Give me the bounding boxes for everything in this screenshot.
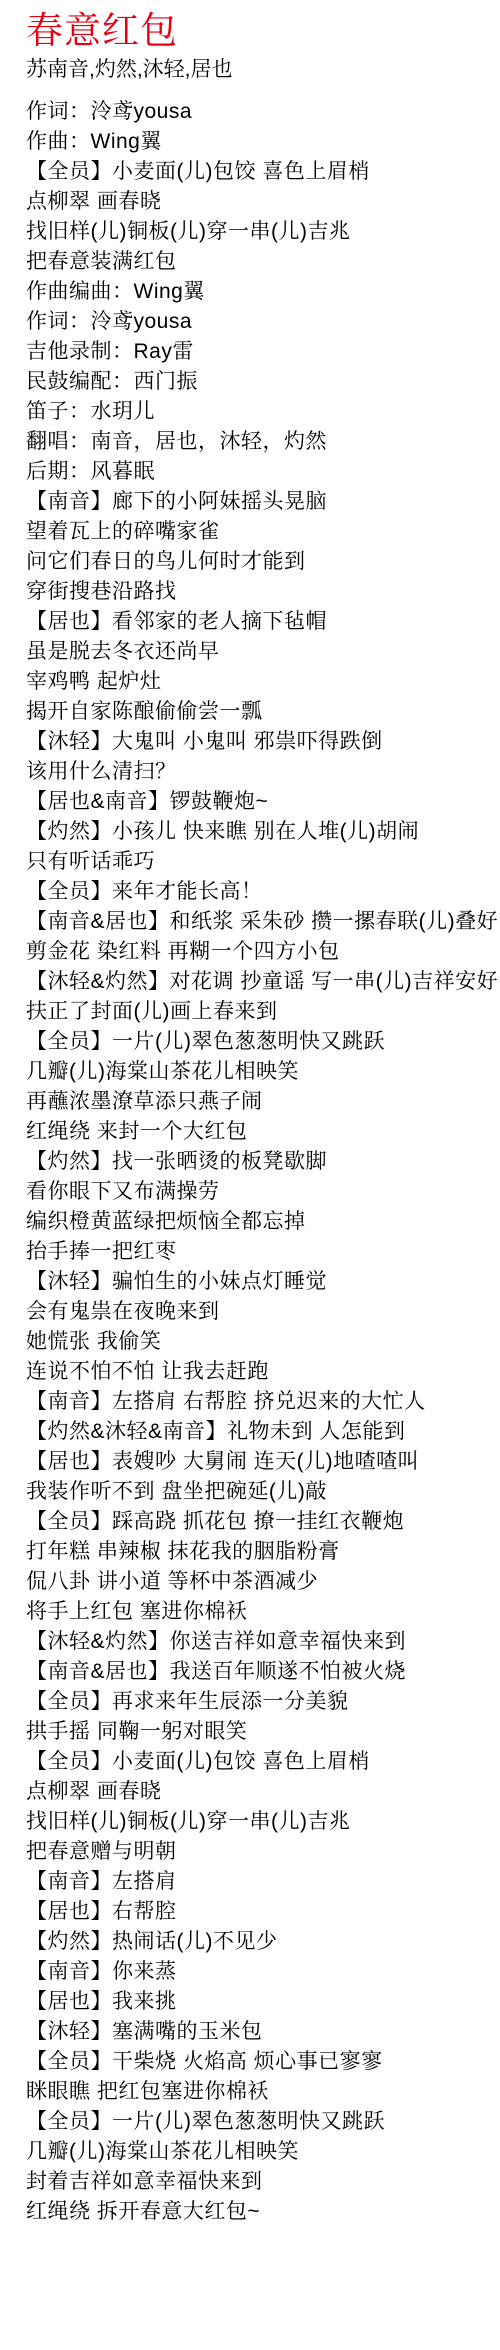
lyric-line: 【沐轻&灼然】你送吉祥如意幸福快来到 — [26, 1627, 490, 1657]
lyric-line: 剪金花 染红料 再糊一个四方小包 — [26, 937, 490, 967]
lyric-line: 【沐轻】塞满嘴的玉米包 — [26, 2017, 490, 2047]
lyric-line: 眯眼瞧 把红包塞进你棉袄 — [26, 2077, 490, 2107]
lyric-line: 【沐轻】骗怕生的小妹点灯睡觉 — [26, 1267, 490, 1297]
lyrics-page: 春意红包 苏南音,灼然,沐轻,居也 作词：泠鸢yousa作曲：Wing翼【全员】… — [0, 0, 500, 2350]
lyric-line: 问它们春日的鸟儿何时才能到 — [26, 547, 490, 577]
lyric-line: 再蘸浓墨潦草添只燕子闹 — [26, 1087, 490, 1117]
lyric-line: 拱手摇 同鞠一躬对眼笑 — [26, 1717, 490, 1747]
lyric-line: 翻唱：南音，居也，沐轻，灼然 — [26, 427, 490, 457]
lyric-line: 【南音】廊下的小阿妹摇头晃脑 — [26, 487, 490, 517]
lyric-line: 【南音】左搭肩 — [26, 1867, 490, 1897]
lyric-line: 侃八卦 讲小道 等杯中茶酒减少 — [26, 1567, 490, 1597]
lyric-line: 【灼然&沐轻&南音】礼物未到 人怎能到 — [26, 1417, 490, 1447]
lyric-line: 点柳翠 画春晓 — [26, 1777, 490, 1807]
lyric-line: 【南音&居也】我送百年顺遂不怕被火烧 — [26, 1657, 490, 1687]
lyric-line: 【全员】小麦面(儿)包饺 喜色上眉梢 — [26, 157, 490, 187]
lyric-line: 【居也】表嫂吵 大舅闹 连天(儿)地喳喳叫 — [26, 1447, 490, 1477]
lyric-line: 【南音】左搭肩 右帮腔 挤兑迟来的大忙人 — [26, 1387, 490, 1417]
lyric-line: 【全员】干柴烧 火焰高 烦心事已寥寥 — [26, 2047, 490, 2077]
lyric-line: 点柳翠 画春晓 — [26, 187, 490, 217]
lyric-line: 扶正了封面(儿)画上春来到 — [26, 997, 490, 1027]
lyric-line: 【全员】来年才能长高！ — [26, 877, 490, 907]
lyric-line: 【全员】小麦面(儿)包饺 喜色上眉梢 — [26, 1747, 490, 1777]
lyric-line: 【沐轻】大鬼叫 小鬼叫 邪祟吓得跌倒 — [26, 727, 490, 757]
lyric-line: 【全员】一片(儿)翠色葱葱明快又跳跃 — [26, 2107, 490, 2137]
lyric-line: 吉他录制：Ray雷 — [26, 337, 490, 367]
lyric-line: 【居也】看邻家的老人摘下毡帽 — [26, 607, 490, 637]
lyric-line: 【居也&南音】锣鼓鞭炮~ — [26, 787, 490, 817]
lyric-line: 揭开自家陈酿偷偷尝一瓢 — [26, 697, 490, 727]
lyric-line: 民鼓编配：西门振 — [26, 367, 490, 397]
lyric-line: 她慌张 我偷笑 — [26, 1327, 490, 1357]
lyric-line: 抬手捧一把红枣 — [26, 1237, 490, 1267]
lyric-line: 把春意赠与明朝 — [26, 1837, 490, 1867]
lyric-line: 我装作听不到 盘坐把碗延(儿)敲 — [26, 1477, 490, 1507]
lyric-line: 红绳绕 来封一个大红包 — [26, 1117, 490, 1147]
lyric-line: 把春意装满红包 — [26, 247, 490, 277]
lyric-line: 作词：泠鸢yousa — [26, 307, 490, 337]
lyric-line: 穿街搜巷沿路找 — [26, 577, 490, 607]
lyric-line: 【灼然】找一张晒烫的板凳歇脚 — [26, 1147, 490, 1177]
lyric-line: 会有鬼祟在夜晚来到 — [26, 1297, 490, 1327]
lyric-line: 封着吉祥如意幸福快来到 — [26, 2167, 490, 2197]
lyric-line: 【居也】右帮腔 — [26, 1897, 490, 1927]
lyric-line: 【全员】再求来年生辰添一分美貌 — [26, 1687, 490, 1717]
lyric-line: 看你眼下又布满操劳 — [26, 1177, 490, 1207]
lyric-line: 宰鸡鸭 起炉灶 — [26, 667, 490, 697]
artist-names: 苏南音,灼然,沐轻,居也 — [20, 53, 490, 83]
lyric-line: 作曲编曲：Wing翼 — [26, 277, 490, 307]
lyric-line: 【南音&居也】和纸浆 采朱砂 攒一摞春联(儿)叠好 — [26, 907, 490, 937]
lyric-line: 望着瓦上的碎嘴家雀 — [26, 517, 490, 547]
lyric-line: 连说不怕不怕 让我去赶跑 — [26, 1357, 490, 1387]
lyric-line: 该用什么清扫？ — [26, 757, 490, 787]
lyric-line: 作词：泠鸢yousa — [26, 97, 490, 127]
lyric-line: 【全员】踩高跷 抓花包 撩一挂红衣鞭炮 — [26, 1507, 490, 1537]
lyric-line: 【全员】一片(儿)翠色葱葱明快又跳跃 — [26, 1027, 490, 1057]
lyric-line: 【南音】你来蒸 — [26, 1957, 490, 1987]
lyric-line: 几瓣(儿)海棠山茶花儿相映笑 — [26, 2137, 490, 2167]
lyrics-body: 作词：泠鸢yousa作曲：Wing翼【全员】小麦面(儿)包饺 喜色上眉梢点柳翠 … — [20, 97, 490, 2227]
lyric-line: 【灼然】热闹话(儿)不见少 — [26, 1927, 490, 1957]
lyric-line: 找旧样(儿)铜板(儿)穿一串(儿)吉兆 — [26, 217, 490, 247]
lyric-line: 编织橙黄蓝绿把烦恼全都忘掉 — [26, 1207, 490, 1237]
lyric-line: 红绳绕 拆开春意大红包~ — [26, 2197, 490, 2227]
lyric-line: 笛子：水玥儿 — [26, 397, 490, 427]
lyric-line: 找旧样(儿)铜板(儿)穿一串(儿)吉兆 — [26, 1807, 490, 1837]
lyric-line: 后期：风暮眠 — [26, 457, 490, 487]
lyric-line: 【沐轻&灼然】对花调 抄童谣 写一串(儿)吉祥安好 — [26, 967, 490, 997]
page-title: 春意红包 — [20, 8, 490, 53]
lyric-line: 只有听话乖巧 — [26, 847, 490, 877]
lyric-line: 【居也】我来挑 — [26, 1987, 490, 2017]
lyric-line: 作曲：Wing翼 — [26, 127, 490, 157]
lyric-line: 虽是脱去冬衣还尚早 — [26, 637, 490, 667]
lyric-line: 【灼然】小孩儿 快来瞧 别在人堆(儿)胡闹 — [26, 817, 490, 847]
lyric-line: 几瓣(儿)海棠山茶花儿相映笑 — [26, 1057, 490, 1087]
lyric-line: 打年糕 串辣椒 抹花我的胭脂粉膏 — [26, 1537, 490, 1567]
lyric-line: 将手上红包 塞进你棉袄 — [26, 1597, 490, 1627]
